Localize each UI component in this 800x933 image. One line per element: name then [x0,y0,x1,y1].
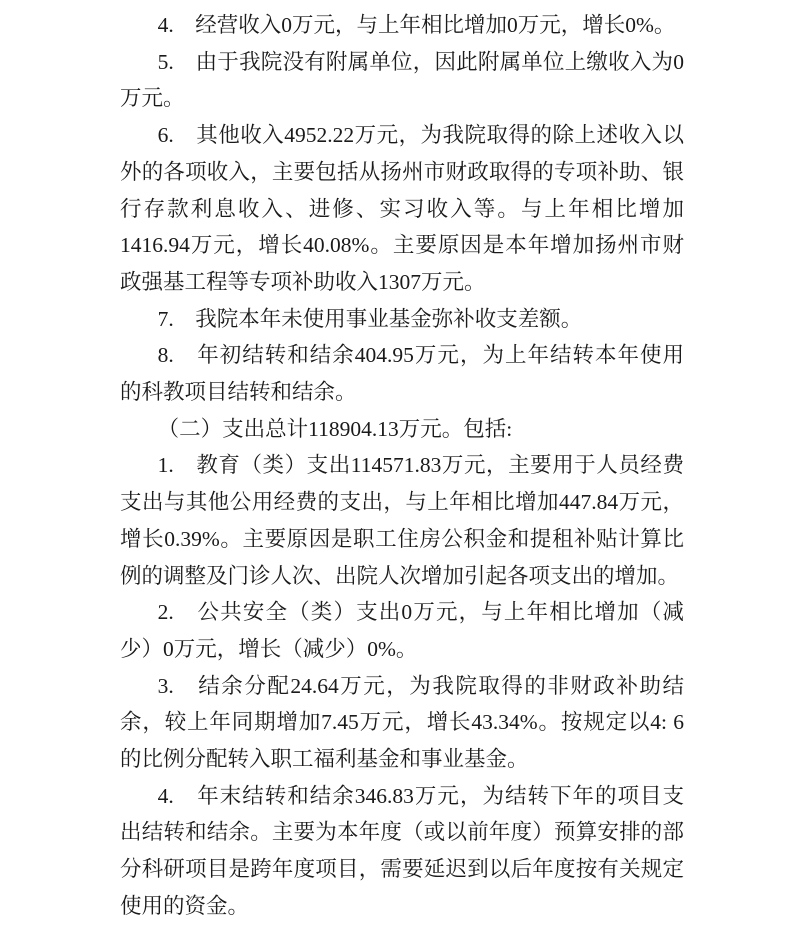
paragraph-beginning-carryover: 8. 年初结转和结余404.95万元，为上年结转本年使用的科教项目结转和结余。 [120,337,684,410]
paragraph-business-fund-usage: 7. 我院本年未使用事业基金弥补收支差额。 [120,301,684,338]
paragraph-expenditure-total: （二）支出总计118904.13万元。包括: [120,411,684,448]
paragraph-public-security-expenditure: 2. 公共安全（类）支出0万元，与上年相比增加（减少）0万元，增长（减少）0%。 [120,594,684,667]
paragraph-other-income: 6. 其他收入4952.22万元，为我院取得的除上述收入以外的各项收入，主要包括… [120,117,684,301]
document-page: 4. 经营收入0万元，与上年相比增加0万元，增长0%。 5. 由于我院没有附属单… [0,0,800,933]
paragraph-surplus-distribution: 3. 结余分配24.64万元，为我院取得的非财政补助结余，较上年同期增加7.45… [120,668,684,778]
paragraph-affiliated-unit-income: 5. 由于我院没有附属单位，因此附属单位上缴收入为0万元。 [120,44,684,117]
paragraph-operating-income: 4. 经营收入0万元，与上年相比增加0万元，增长0%。 [120,7,684,44]
paragraph-education-expenditure: 1. 教育（类）支出114571.83万元，主要用于人员经费支出与其他公用经费的… [120,447,684,594]
paragraph-year-end-carryover: 4. 年末结转和结余346.83万元，为结转下年的项目支出结转和结余。主要为本年… [120,778,684,925]
